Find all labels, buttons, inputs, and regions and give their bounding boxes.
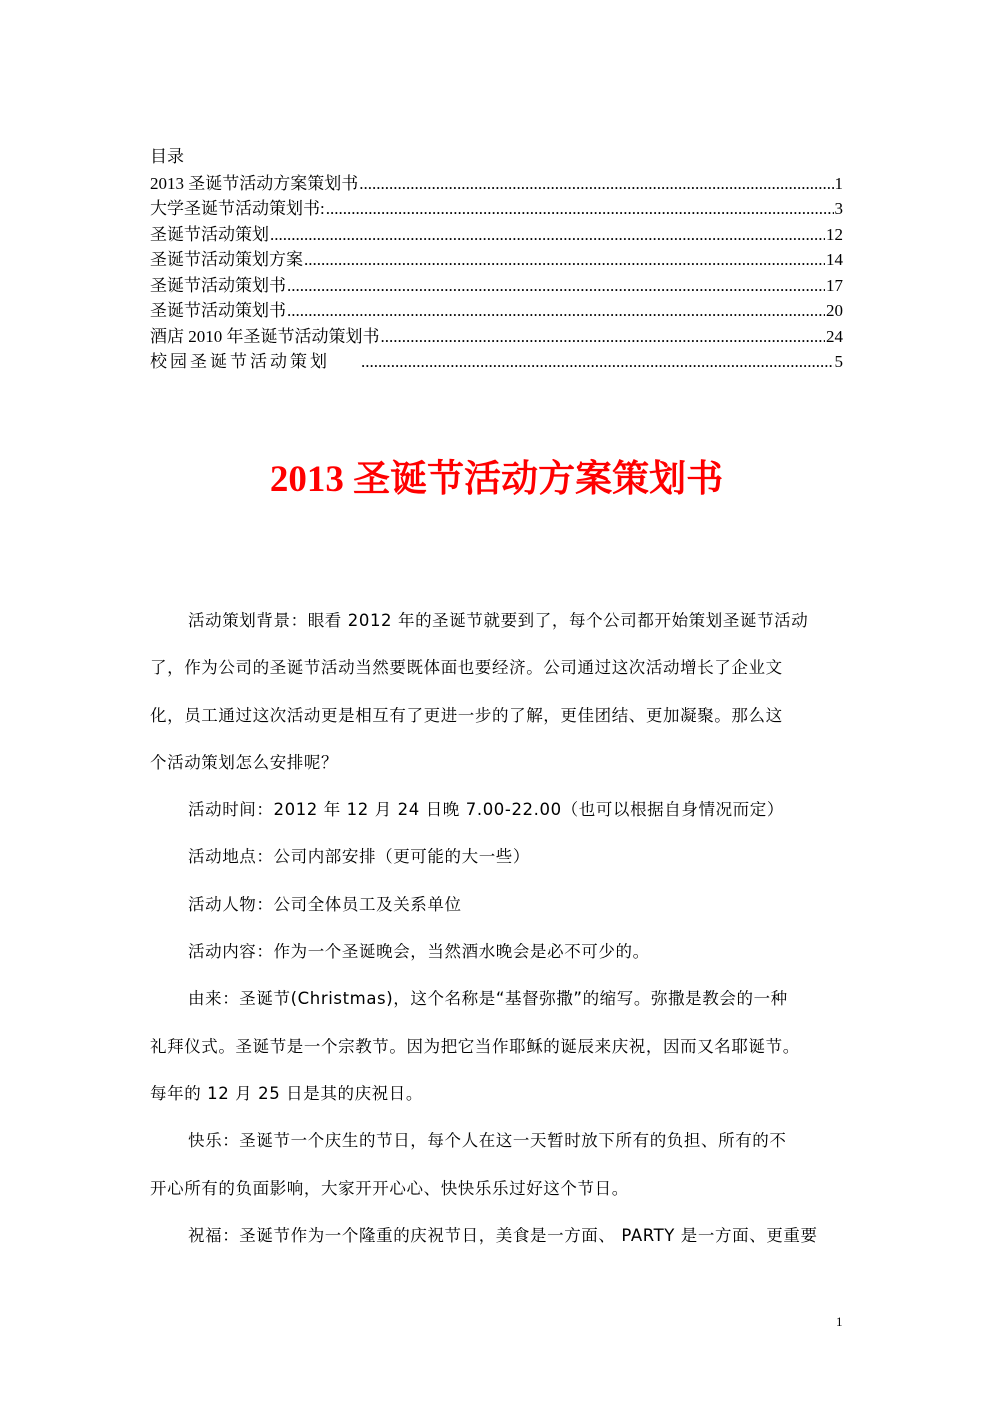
toc-entry-title: 大学圣诞节活动策划书: [150,196,325,222]
body-line: 由来：圣诞节(Christmas)，这个名称是“基督弥撒”的缩写。弥撒是教会的一… [150,975,850,1022]
toc-entry[interactable]: 2013 圣诞节活动方案策划书 1 [150,171,843,197]
document-body: 活动策划背景：眼看 2012 年的圣诞节就要到了，每个公司都开始策划圣诞节活动 … [150,597,850,1259]
document-page: 目录 2013 圣诞节活动方案策划书 1 大学圣诞节活动策划书: 3 圣诞节活动… [0,0,993,1404]
toc-dot-leader [361,349,834,375]
toc-entry-page: 1 [835,171,844,197]
toc-entry-page: 20 [826,298,843,324]
toc-dot-leader [270,222,825,248]
body-line: 开心所有的负面影响，大家开开心心、快快乐乐过好这个节日。 [150,1165,850,1212]
toc-entry-title: 2013 圣诞节活动方案策划书 [150,171,358,197]
toc-entry[interactable]: 酒店 2010 年圣诞节活动策划书 24 [150,324,843,350]
body-line: 了，作为公司的圣诞节活动当然要既体面也要经济。公司通过这次活动增长了企业文 [150,644,850,691]
body-line: 活动内容：作为一个圣诞晚会，当然酒水晚会是必不可少的。 [150,928,850,975]
body-line: 个活动策划怎么安排呢？ [150,739,850,786]
toc-entry[interactable]: 校园圣诞节活动策划 5 [150,349,843,375]
toc-entry[interactable]: 圣诞节活动策划书 17 [150,273,843,299]
document-title: 2013 圣诞节活动方案策划书 [0,453,993,507]
body-line: 祝福：圣诞节作为一个隆重的庆祝节日，美食是一方面、 PARTY 是一方面、更重要 [150,1212,850,1259]
toc-entry-page: 5 [835,349,844,375]
table-of-contents: 目录 2013 圣诞节活动方案策划书 1 大学圣诞节活动策划书: 3 圣诞节活动… [150,145,843,375]
toc-entry[interactable]: 大学圣诞节活动策划书: 3 [150,196,843,222]
toc-dot-leader [287,298,825,324]
toc-entry-title: 酒店 2010 年圣诞节活动策划书 [150,324,380,350]
toc-entry-title: 圣诞节活动策划方案 [150,247,303,273]
toc-entry-title: 圣诞节活动策划书 [150,298,286,324]
body-line: 礼拜仪式。圣诞节是一个宗教节。因为把它当作耶稣的诞辰来庆祝，因而又名耶诞节。 [150,1023,850,1070]
body-line: 活动时间：2012 年 12 月 24 日晚 7.00-22.00（也可以根据自… [150,786,850,833]
body-line: 活动地点：公司内部安排（更可能的大一些） [150,833,850,880]
body-line: 化，员工通过这次活动更是相互有了更进一步的了解，更佳团结、更加凝聚。那么这 [150,692,850,739]
toc-dot-leader [287,273,825,299]
toc-entry-page: 24 [826,324,843,350]
toc-entry-title: 校园圣诞节活动策划 [150,349,330,375]
toc-entry-title: 圣诞节活动策划 [150,222,269,248]
toc-entry[interactable]: 圣诞节活动策划书 20 [150,298,843,324]
body-line: 活动人物：公司全体员工及关系单位 [150,881,850,928]
body-line: 快乐：圣诞节一个庆生的节日，每个人在这一天暂时放下所有的负担、所有的不 [150,1117,850,1164]
toc-dot-leader [326,196,834,222]
toc-dot-leader [359,171,833,197]
toc-entry-title: 圣诞节活动策划书 [150,273,286,299]
body-line: 活动策划背景：眼看 2012 年的圣诞节就要到了，每个公司都开始策划圣诞节活动 [150,597,850,644]
toc-dot-leader [304,247,825,273]
page-number: 1 [836,1314,843,1330]
toc-entry[interactable]: 圣诞节活动策划方案 14 [150,247,843,273]
body-line: 每年的 12 月 25 日是其的庆祝日。 [150,1070,850,1117]
toc-entry-page: 14 [826,247,843,273]
toc-entry-page: 17 [826,273,843,299]
toc-heading: 目录 [150,145,843,171]
toc-entry[interactable]: 圣诞节活动策划 12 [150,222,843,248]
toc-dot-leader [381,324,826,350]
toc-entry-page: 12 [826,222,843,248]
toc-entry-page: 3 [835,196,844,222]
